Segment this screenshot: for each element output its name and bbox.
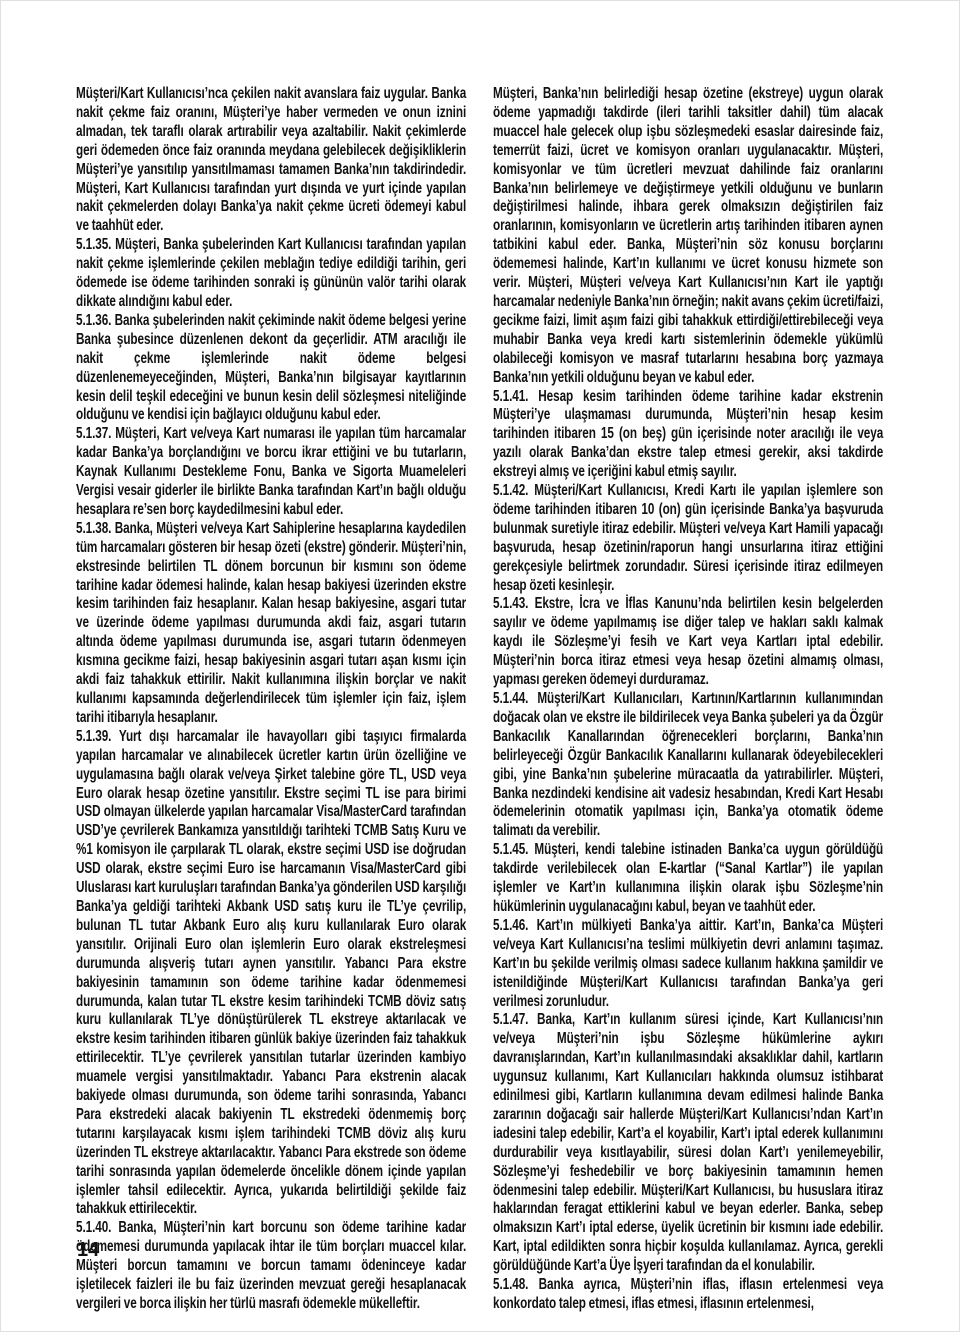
page-number: 14 — [77, 1239, 99, 1262]
contract-paragraph: 5.1.41. Hesap kesim tarihinden ödeme tar… — [493, 388, 883, 483]
contract-paragraph: Müşteri/Kart Kullanıcısı’nca çekilen nak… — [76, 85, 466, 236]
contract-paragraph: 5.1.42. Müşteri/Kart Kullanıcısı, Kredi … — [493, 482, 883, 595]
contract-paragraph: 5.1.47. Banka, Kart’ın kullanım süresi i… — [493, 1011, 883, 1276]
document-page: Müşteri/Kart Kullanıcısı’nca çekilen nak… — [0, 0, 960, 1332]
contract-paragraph: 5.1.43. Ekstre, İcra ve İflas Kanunu’nda… — [493, 595, 883, 690]
right-column-text: Müşteri, Banka’nın belirlediği hesap öze… — [493, 85, 883, 1314]
left-column: Müşteri/Kart Kullanıcısı’nca çekilen nak… — [76, 85, 466, 1314]
contract-paragraph: 5.1.35. Müşteri, Banka şubelerinden Kart… — [76, 236, 466, 312]
left-column-text: Müşteri/Kart Kullanıcısı’nca çekilen nak… — [76, 85, 466, 1314]
contract-paragraph: 5.1.36. Banka şubelerinden nakit çekimin… — [76, 312, 466, 425]
contract-paragraph: 5.1.38. Banka, Müşteri ve/veya Kart Sahi… — [76, 520, 466, 728]
contract-paragraph: 5.1.48. Banka ayrıca, Müşteri’nin iflas,… — [493, 1276, 883, 1314]
contract-paragraph: 5.1.39. Yurt dışı harcamalar ile havayol… — [76, 728, 466, 1220]
right-column: Müşteri, Banka’nın belirlediği hesap öze… — [493, 85, 883, 1314]
contract-paragraph: 5.1.44. Müşteri/Kart Kullanıcıları, Kart… — [493, 690, 883, 841]
contract-paragraph: 5.1.46. Kart’ın mülkiyeti Banka’ya aitti… — [493, 917, 883, 1012]
contract-paragraph: 5.1.45. Müşteri, kendi talebine istinade… — [493, 841, 883, 917]
contract-paragraph: 5.1.37. Müşteri, Kart ve/veya Kart numar… — [76, 425, 466, 520]
contract-paragraph: 5.1.40. Banka, Müşteri’nin kart borcunu … — [76, 1219, 466, 1314]
contract-paragraph: Müşteri, Banka’nın belirlediği hesap öze… — [493, 85, 883, 388]
contract-text-area: Müşteri/Kart Kullanıcısı’nca çekilen nak… — [76, 85, 883, 1314]
